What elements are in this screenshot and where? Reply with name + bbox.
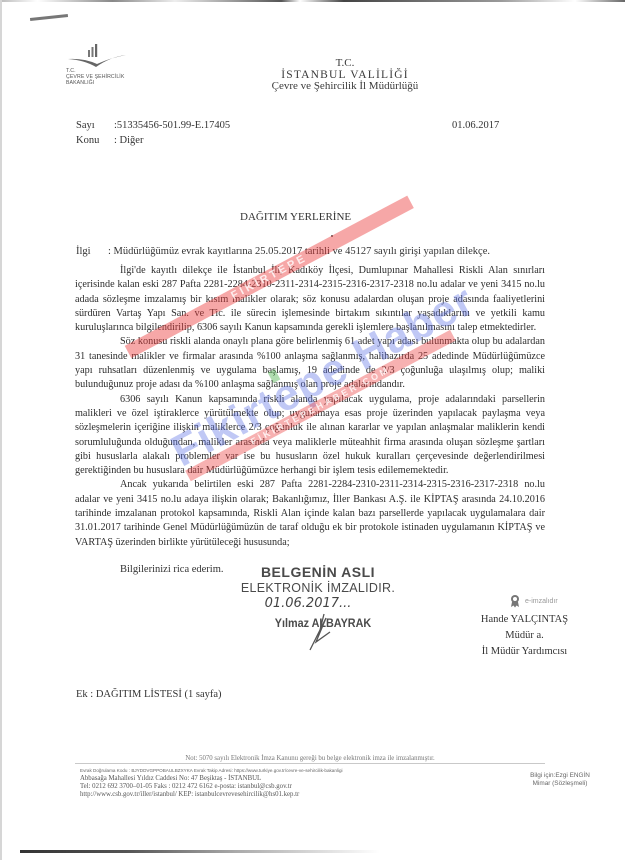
- footer-address-block: Abbasağa Mahallesi Yıldız Caddesi No: 47…: [80, 775, 299, 800]
- ministry-emblem-icon: [66, 42, 136, 70]
- addressee: DAĞITIM YERLERİNE: [240, 211, 351, 223]
- scan-artifact: [30, 14, 68, 21]
- stamp-line-1: BELGENİN ASLI: [238, 564, 398, 581]
- paragraph: Ancak yukarıda belirtilen eski 287 Pafta…: [75, 478, 545, 549]
- info-contact-name: Bilgi için:Ezgi ENGİN: [505, 772, 615, 780]
- footer-divider: [75, 763, 545, 764]
- document-date: 01.06.2017: [452, 120, 499, 131]
- ilgi-label: İlgi: [76, 246, 108, 257]
- attachment-line: Ek : DAĞITIM LİSTESİ (1 sayfa): [76, 689, 222, 700]
- konu-value: : Diğer: [114, 135, 143, 146]
- sayi-label: Sayı: [76, 120, 114, 131]
- signer-block: Hande YALÇINTAŞ Müdür a. İl Müdür Yardım…: [462, 612, 587, 660]
- letter-body: İlgi'de kayıtlı dilekçe ile İstanbul İli…: [75, 264, 545, 550]
- logo-text: T.C. ÇEVRE VE ŞEHİRCİLİK BAKANLIĞI: [66, 68, 124, 87]
- header-directorate: Çevre ve Şehircilik İl Müdürlüğü: [230, 81, 460, 93]
- reference-line: İlgi: Müdürlüğümüz evrak kayıtlarına 25.…: [76, 246, 490, 257]
- stamp-line-2: ELEKTRONİK İMZALIDIR.: [238, 581, 398, 596]
- signer-name: Hande YALÇINTAŞ: [462, 612, 587, 628]
- konu-label: Konu: [76, 135, 114, 146]
- letterhead: T.C. İSTANBUL VALİLİĞİ Çevre ve Şehircil…: [230, 58, 460, 93]
- document-subject: Konu: Diğer: [76, 135, 143, 146]
- verification-code: Evrak Doğrulama Kodu : BJYDDVGPPOBAULBZX…: [80, 768, 343, 773]
- info-contact-block: Bilgi için:Ezgi ENGİN Mimar (Sözleşmeli): [505, 772, 615, 788]
- signer-title-2: İl Müdür Yardımcısı: [462, 644, 587, 660]
- signer-title-1: Müdür a.: [462, 628, 587, 644]
- handwritten-signature-icon: [306, 612, 346, 652]
- closing-line: Bilgilerinizi rica ederim.: [120, 564, 224, 575]
- scan-edge-top: [0, 0, 625, 2]
- footer-address: Abbasağa Mahallesi Yıldız Caddesi No: 47…: [80, 775, 299, 783]
- sayi-value: :51335456-501.99-E.17405: [114, 120, 230, 131]
- scan-edge-bottom: [20, 850, 380, 853]
- footer-web: http://www.csb.gov.tr/iller/istanbul/ KE…: [80, 791, 299, 799]
- document-number: Sayı:51335456-501.99-E.17405: [76, 120, 230, 131]
- header-tc: T.C.: [230, 58, 460, 70]
- paragraph: Söz konusu riskli alanda onaylı plana gö…: [75, 335, 545, 392]
- paragraph: İlgi'de kayıtlı dilekçe ile İstanbul İli…: [75, 264, 545, 335]
- ribbon-badge-icon: [509, 594, 521, 608]
- info-contact-title: Mimar (Sözleşmeli): [505, 780, 615, 788]
- scan-dot: [331, 235, 333, 237]
- e-signature-law-note: Not: 5070 sayılı Elektronik İmza Kanunu …: [140, 755, 480, 762]
- paragraph: 6306 sayılı Kanun kapsamında riskli alan…: [75, 393, 545, 479]
- stamp-date: 01.06.2017...: [218, 596, 398, 611]
- ministry-logo: T.C. ÇEVRE VE ŞEHİRCİLİK BAKANLIĞI: [66, 42, 136, 92]
- e-signed-label: e-imzalıdır: [525, 598, 558, 605]
- footer-contact: Tel: 0212 692 3700–01-05 Faks : 0212 472…: [80, 783, 299, 791]
- ilgi-value: : Müdürlüğümüz evrak kayıtlarına 25.05.2…: [108, 246, 490, 257]
- scan-edge-left: [0, 0, 2, 860]
